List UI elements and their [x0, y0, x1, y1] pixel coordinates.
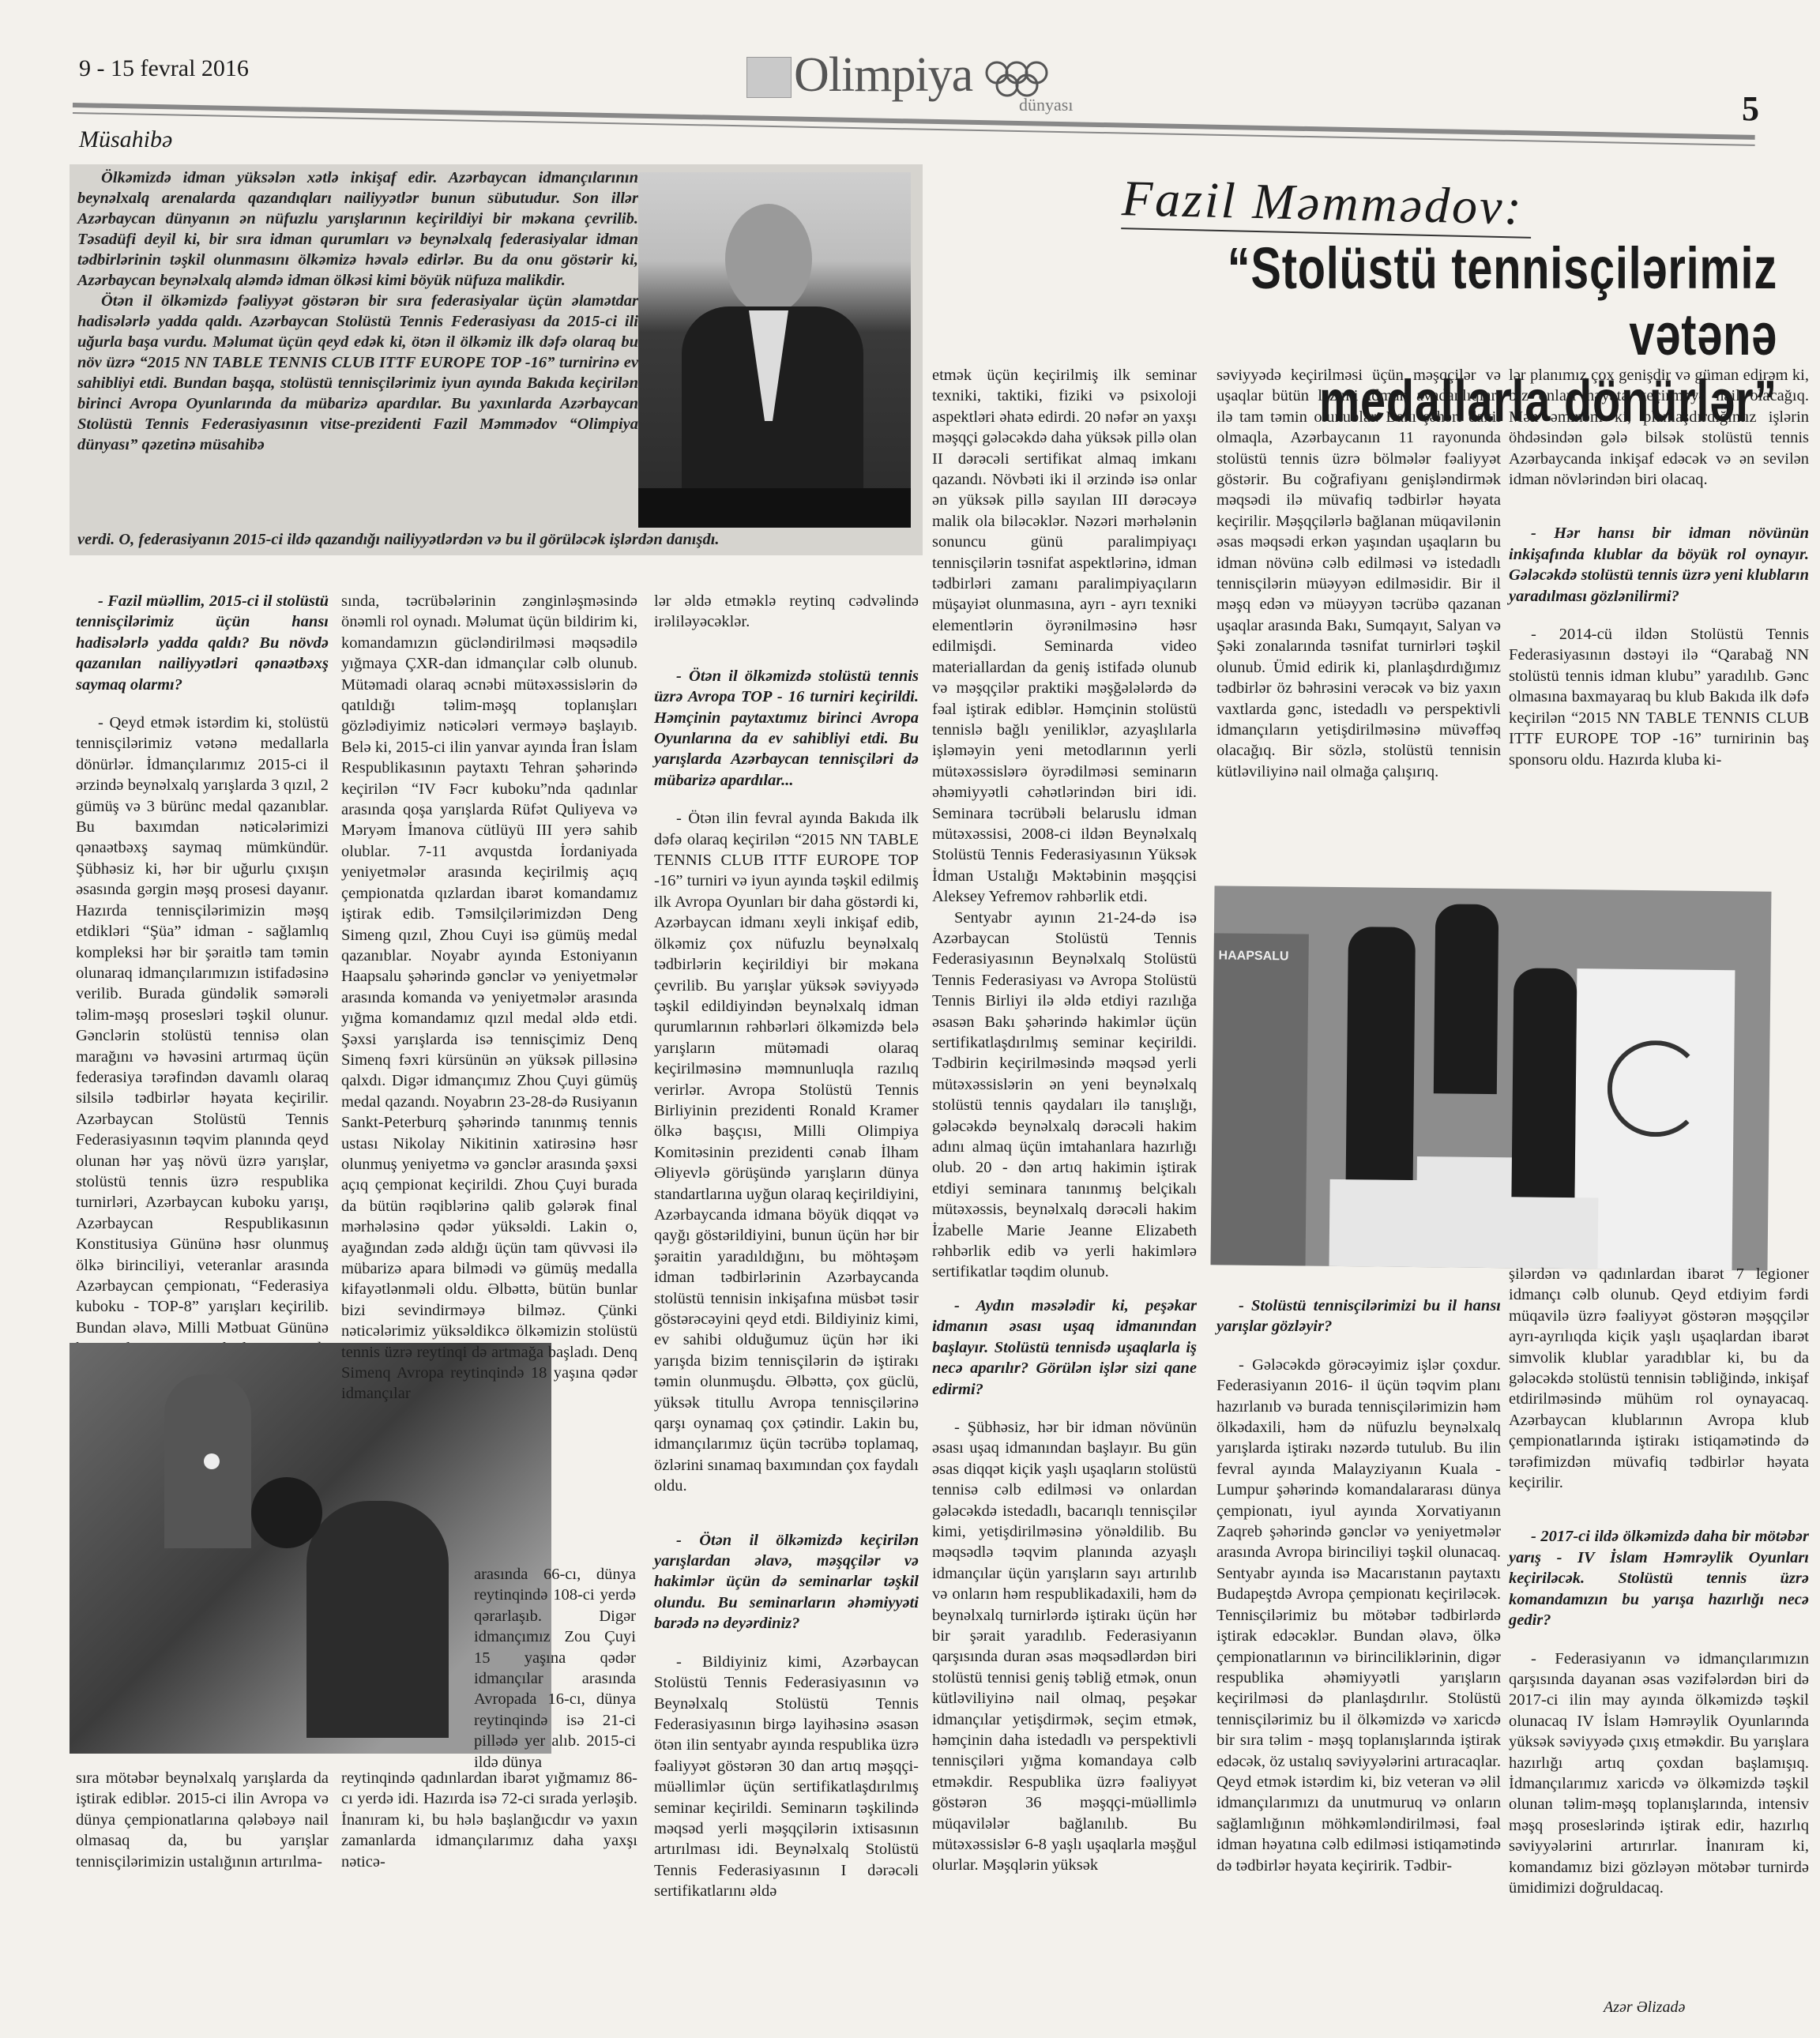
question: - Fazil müəllim, 2015-ci il stolüstü ten…: [76, 591, 329, 695]
author-signature: Azər Əlizadə: [1604, 1999, 1685, 2017]
answer: - Bildiyiniz kimi, Azərbaycan Stolüstü T…: [654, 1652, 919, 1902]
header-rule-thin: [73, 112, 1755, 146]
headline-line-1: “Stolüstü tennisçilərimiz vətənə: [1149, 235, 1777, 368]
sponsor-banner: [1574, 968, 1735, 1270]
paragraph: Sentyabr ayının 21-24-də isə Azərbaycan …: [932, 908, 1197, 1283]
intro-paragraph: Ötən il ölkəmizdə fəaliyyət göstərən bir…: [77, 291, 638, 455]
section-label: Müsahibə: [79, 126, 172, 153]
masthead-logo: Olimpiya dünyası: [746, 25, 1094, 104]
intro-box: Ölkəmizdə idman yüksələn xətlə inkişaf e…: [70, 164, 923, 555]
intro-last-line: verdi. O, federasiyanın 2015-ci ildə qaz…: [77, 531, 915, 549]
column-2: sında, təcrübələrinin zənginləşməsində ö…: [341, 591, 637, 1559]
masthead-badge-icon: [746, 57, 792, 98]
column-2-narrow: arasında 66-cı, dünya reytinqində 108-ci…: [474, 1564, 636, 1773]
podium-award-photo: HAAPSALU: [1211, 886, 1772, 1270]
paragraph: lər əldə etməklə reytinq cədvəlində irəl…: [654, 591, 919, 633]
paragraph: arasında 66-cı, dünya reytinqində 108-ci…: [474, 1564, 636, 1773]
question: - Ötən il ölkəmizdə keçirilən yarışlarda…: [654, 1530, 919, 1634]
column-4: etmək üçün keçirilmiş ilk seminar texnik…: [932, 365, 1197, 1876]
paragraph: səviyyədə keçirilməsi üçün məşqçilər və …: [1216, 365, 1501, 782]
page-number: 5: [1742, 88, 1759, 129]
paragraph: sında, təcrübələrinin zənginləşməsində ö…: [341, 591, 637, 1404]
question: - Stolüstü tennisçilərimizi bu il hansı …: [1216, 1295, 1501, 1337]
column-5: səviyyədə keçirilməsi üçün məşqçilər və …: [1216, 365, 1501, 782]
answer: - 2014-cü ildən Stolüstü Tennis Federasi…: [1509, 624, 1809, 770]
masthead-subtitle: dünyası: [1019, 95, 1073, 115]
answer: - Ötən ilin fevral ayında Bakıda ilk dəf…: [654, 808, 919, 1496]
question: - Hər hansı bir idman növünün inkişafınd…: [1509, 523, 1809, 607]
paragraph: reytinqində qadınlardan ibarət yığmamız …: [341, 1768, 637, 1872]
question: - Ötən il ölkəmizdə stolüstü tennis üzrə…: [654, 666, 919, 791]
column-6-bottom: şilərdən və qadınlardan ibarət 7 legione…: [1509, 1264, 1809, 1898]
answer: - Şübhəsiz, hər bir idman növünün əsası …: [932, 1417, 1197, 1876]
issue-date: 9 - 15 fevral 2016: [79, 55, 249, 82]
column-3: lər əldə etməklə reytinq cədvəlində irəl…: [654, 591, 919, 1902]
answer: - Gələcəkdə görəcəyimiz işlər çoxdur. Fe…: [1216, 1355, 1501, 1876]
paragraph: sıra mötəbər beynəlxalq yarışlarda da iş…: [76, 1768, 329, 1872]
haapsalu-banner: HAAPSALU: [1211, 933, 1309, 1265]
column-1-bottom: sıra mötəbər beynəlxalq yarışlarda da iş…: [76, 1768, 329, 1872]
column-6: lər planımız çox genişdir və güman edirə…: [1509, 365, 1809, 770]
paragraph: lər planımız çox genişdir və güman edirə…: [1509, 365, 1809, 490]
paragraph: etmək üçün keçirilmiş ilk seminar texnik…: [932, 365, 1197, 908]
paragraph: şilərdən və qadınlardan ibarət 7 legione…: [1509, 1264, 1809, 1493]
portrait-photo: [638, 172, 911, 528]
interviewee-name: Fazil Məmmədov:: [1121, 169, 1532, 239]
masthead-title: Olimpiya: [794, 47, 972, 103]
intro-text: Ölkəmizdə idman yüksələn xətlə inkişaf e…: [70, 164, 646, 458]
question: - Aydın məsələdir ki, peşəkar idmanın əs…: [932, 1295, 1197, 1400]
column-5-bottom: - Stolüstü tennisçilərimizi bu il hansı …: [1216, 1295, 1501, 1876]
question: - 2017-ci ildə ölkəmizdə daha bir mötəbə…: [1509, 1526, 1809, 1630]
column-2-bottom: reytinqində qadınlardan ibarət yığmamız …: [341, 1768, 637, 1872]
answer: - Federasiyanın və idmançılarımızın qarş…: [1509, 1649, 1809, 1899]
intro-paragraph: Ölkəmizdə idman yüksələn xətlə inkişaf e…: [77, 167, 638, 291]
header-rule: [73, 103, 1755, 140]
